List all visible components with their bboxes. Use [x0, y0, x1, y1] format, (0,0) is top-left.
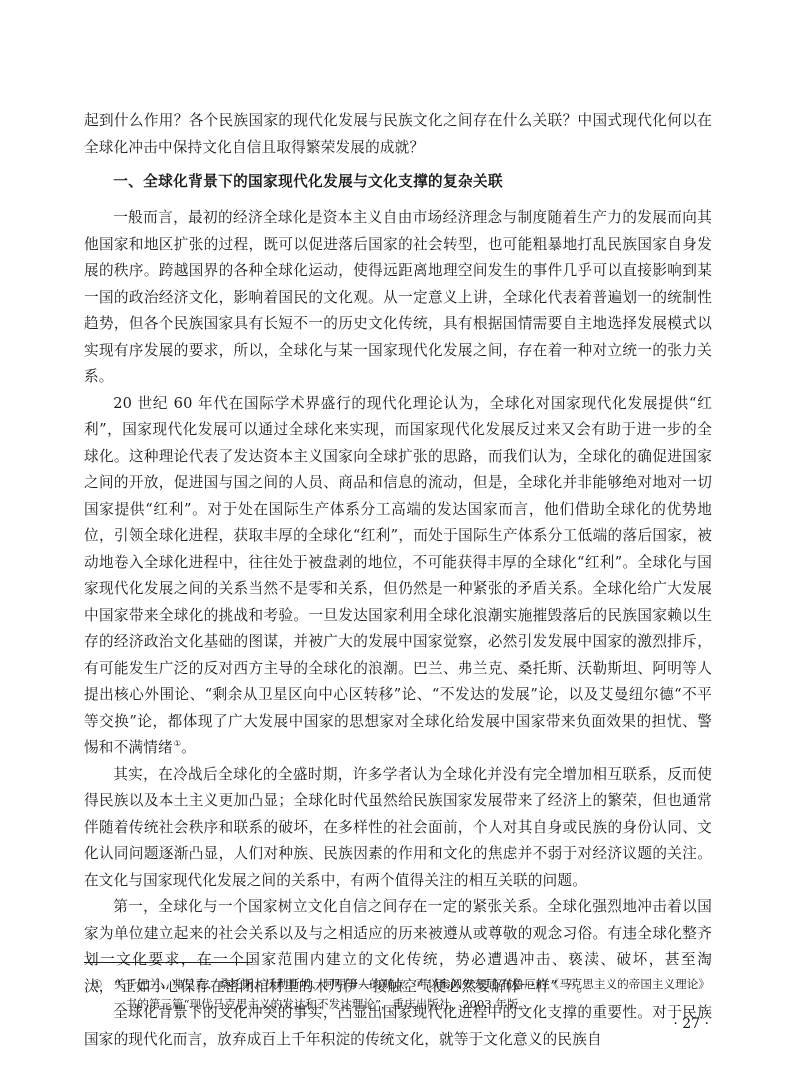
page-number: · 27 · — [673, 1016, 709, 1032]
page-body: 起到什么作用？各个民族国家的现代化发展与民族文化之间存在什么关联？中国式现代化何… — [84, 108, 712, 1053]
paragraph-tail: 。 — [181, 739, 196, 756]
paragraph-text: 20 世纪 60 年代在国际学术界盛行的现代化理论认为，全球化对国家现代化发展提… — [84, 395, 712, 757]
body-paragraph: 一般而言，最初的经济全球化是资本主义自由市场经济理念与制度随着生产力的发展而向其… — [84, 205, 712, 391]
paragraph-text: 其实，在冷战后全球化的全盛时期，许多学者认为全球化并没有完全增加相互联系，反而使… — [84, 766, 712, 889]
footnote-marker: ① — [92, 974, 102, 994]
section-heading: 一、全球化背景下的国家现代化发展与文化支撑的复杂关联 — [84, 169, 712, 195]
paragraph-text: 一般而言，最初的经济全球化是资本主义自由市场经济理念与制度随着生产力的发展而向其… — [84, 209, 712, 385]
body-paragraph: 20 世纪 60 年代在国际学术界盛行的现代化理论认为，全球化对国家现代化发展提… — [84, 391, 712, 762]
footnote: ① 关于巴兰、弗兰克、桑托斯、沃勒斯坦、阿明等人的观点，可以参阅安东尼·布鲁厄的… — [114, 974, 710, 1014]
body-paragraph: 其实，在冷战后全球化的全盛时期，许多学者认为全球化并没有完全增加相互联系，反而使… — [84, 762, 712, 895]
footnote-divider — [84, 962, 252, 963]
footnote-text: 关于巴兰、弗兰克、桑托斯、沃勒斯坦、阿明等人的观点，可以参阅安东尼·布鲁厄的《马… — [114, 977, 710, 1011]
intro-paragraph: 起到什么作用？各个民族国家的现代化发展与民族文化之间存在什么关联？中国式现代化何… — [84, 108, 712, 161]
